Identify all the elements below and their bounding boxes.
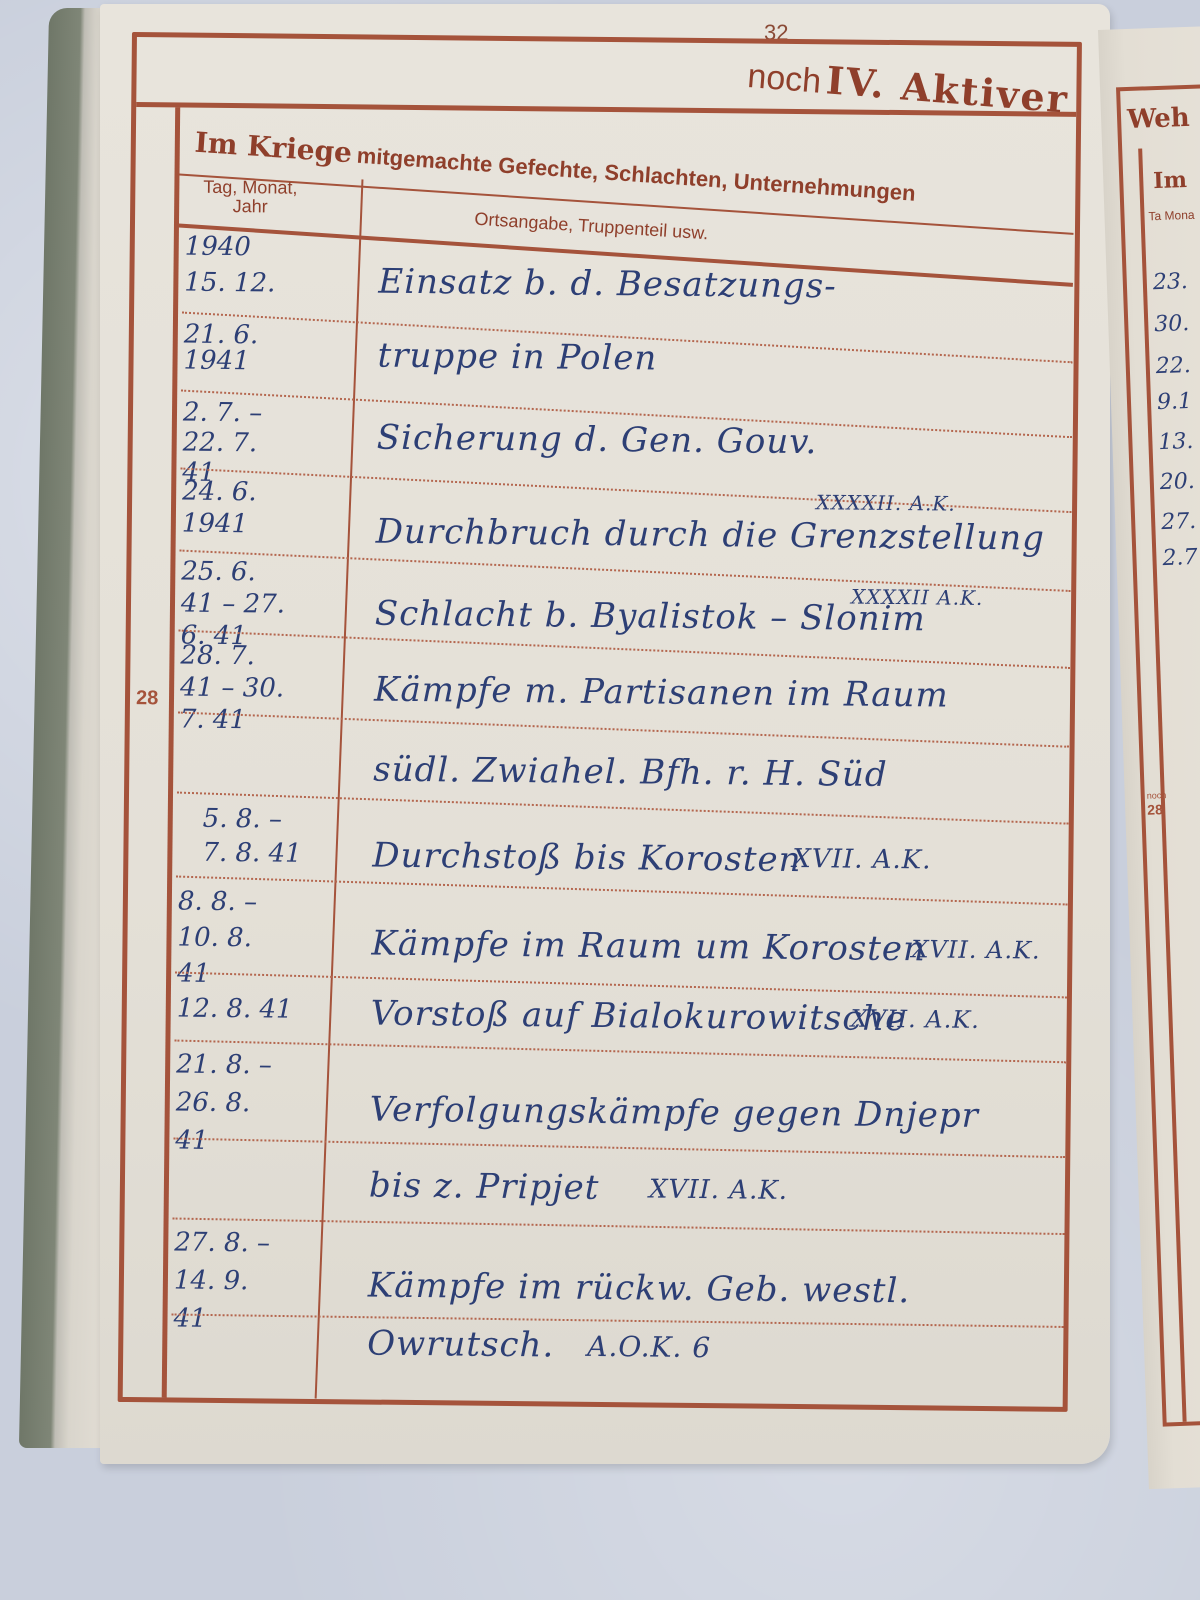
- facing-side-number: noch 28: [1147, 788, 1167, 817]
- section-title-main: IV. Aktiver: [825, 57, 1071, 121]
- entry-unit: XVII. A.K.: [851, 1005, 980, 1034]
- entries-list: 1940 15. 12. Einsatz b. d. Besatzungs- 2…: [167, 234, 1075, 1407]
- facing-date: 30.: [1154, 311, 1190, 337]
- section-title-prefix: noch: [746, 57, 823, 101]
- facing-subtitle: Im: [1153, 167, 1187, 194]
- entry-date: 15. 12.: [184, 270, 354, 298]
- entry-unit: XVII. A.K.: [649, 1174, 788, 1205]
- entry-unit: XXXXII. A.K.: [816, 490, 956, 515]
- facing-date: 23.: [1152, 269, 1188, 295]
- table-row: 2. 7. – 22. 7. 41 Sicherung d. Gen. Gouv…: [176, 391, 1073, 478]
- table-title-bold: Im Kriege: [194, 126, 353, 170]
- facing-column-header: Ta Mona: [1148, 209, 1194, 224]
- entry-unit: A.O.K. 6: [587, 1330, 711, 1364]
- table-row: Owrutsch. A.O.K. 6: [167, 1315, 1064, 1384]
- facing-date: 20.: [1159, 469, 1195, 495]
- facing-date: 22.: [1155, 353, 1191, 379]
- entry-text: Owrutsch.: [367, 1324, 554, 1366]
- table-title-rest: mitgemachte Gefechte, Schlachten, Untern…: [356, 143, 916, 206]
- table-row: 8. 8. – 10. 8. 41 Kämpfe im Raum um Koro…: [171, 877, 1068, 982]
- side-number: 28: [136, 687, 158, 710]
- facing-side-column: noch 28: [1122, 149, 1186, 1423]
- entry-date: 1940: [185, 234, 355, 262]
- facing-date: 13.: [1158, 429, 1194, 455]
- facing-date: 27.: [1161, 509, 1197, 535]
- section-title-band: noch IV. Aktiver: [136, 37, 1077, 117]
- entry-date: 21. 6. 1941: [183, 322, 264, 375]
- entry-text: Durchstoß bis Korosten: [372, 836, 802, 880]
- table-row: 24. 6. 1941 Durchbruch durch die Grenzst…: [176, 469, 1073, 560]
- entry-text: Vorstoß auf Bialokurowitsche: [371, 994, 907, 1040]
- entry-date: 24. 6. 1941: [182, 476, 263, 541]
- facing-page-title: Weh: [1127, 103, 1191, 135]
- table-row: bis z. Pripjet XVII. A.K.: [169, 1139, 1066, 1228]
- table-row: 5. 8. – 7. 8. 41 Durchstoß bis Korosten …: [172, 793, 1069, 886]
- entry-unit: XVII. A.K.: [911, 935, 1040, 964]
- column-header-date: Tag, Monat, Jahr: [185, 178, 315, 217]
- table-row: 27. 8. – 14. 9. 41 Kämpfe im rückw. Geb.…: [168, 1219, 1065, 1324]
- facing-date: 9.1: [1157, 389, 1193, 415]
- entry-unit: XXXXII A.K.: [851, 585, 983, 610]
- section-title: noch IV. Aktiver: [746, 51, 1071, 122]
- table-row: südl. Zwiahel. Bfh. r. H. Süd: [173, 713, 1070, 802]
- table-row: 12. 8. 41 Vorstoß auf Bialokurowitsche X…: [170, 973, 1067, 1050]
- entry-unit: XVII. A.K.: [792, 844, 931, 875]
- table-row: 21. 8. – 26. 8. 41 Verfolgungskämpfe geg…: [169, 1041, 1066, 1148]
- table-frame: noch IV. Aktiver 28 Im Kriege mitgemacht…: [118, 32, 1082, 1412]
- entry-text: südl. Zwiahel. Bfh. r. H. Süd: [373, 750, 888, 795]
- facing-page: Weh noch 28 Im Ta Mona 23. 30. 22. 9.1 1…: [1098, 25, 1200, 1489]
- entry-text: Verfolgungskämpfe gegen Dnjepr: [370, 1090, 980, 1136]
- facing-page-frame: Weh noch 28 Im Ta Mona 23. 30. 22. 9.1 1…: [1116, 83, 1200, 1427]
- entry-date: 12. 8. 41: [177, 996, 347, 1024]
- entry-text: Einsatz b. d. Besatzungs-: [378, 262, 837, 307]
- entry-text: Durchbruch durch die Grenzstellung: [376, 512, 1046, 559]
- table-row: 25. 6. 41 – 27. 6. 41 Schlacht b. Byalis…: [175, 551, 1072, 640]
- entry-text: bis z. Pripjet: [369, 1166, 600, 1208]
- facing-date: 2.7: [1162, 545, 1198, 571]
- entry-date: 5. 8. – 7. 8. 41: [202, 802, 303, 871]
- entry-text: Kämpfe im Raum um Korosten: [371, 924, 926, 970]
- entry-text: truppe in Polen: [377, 336, 657, 379]
- entry-text: Sicherung d. Gen. Gouv.: [377, 418, 818, 463]
- table-row: 28. 7. 41 – 30. 7. 41 Kämpfe m. Partisan…: [174, 631, 1071, 722]
- entry-text: Kämpfe im rückw. Geb. westl.: [368, 1266, 911, 1312]
- facing-side-number-value: 28: [1147, 801, 1163, 818]
- entry-text: Schlacht b. Byalistok – Slonim: [375, 594, 926, 640]
- entry-text: Kämpfe m. Partisanen im Raum: [374, 670, 949, 716]
- table-row: 21. 6. 1941 truppe in Polen: [177, 313, 1074, 400]
